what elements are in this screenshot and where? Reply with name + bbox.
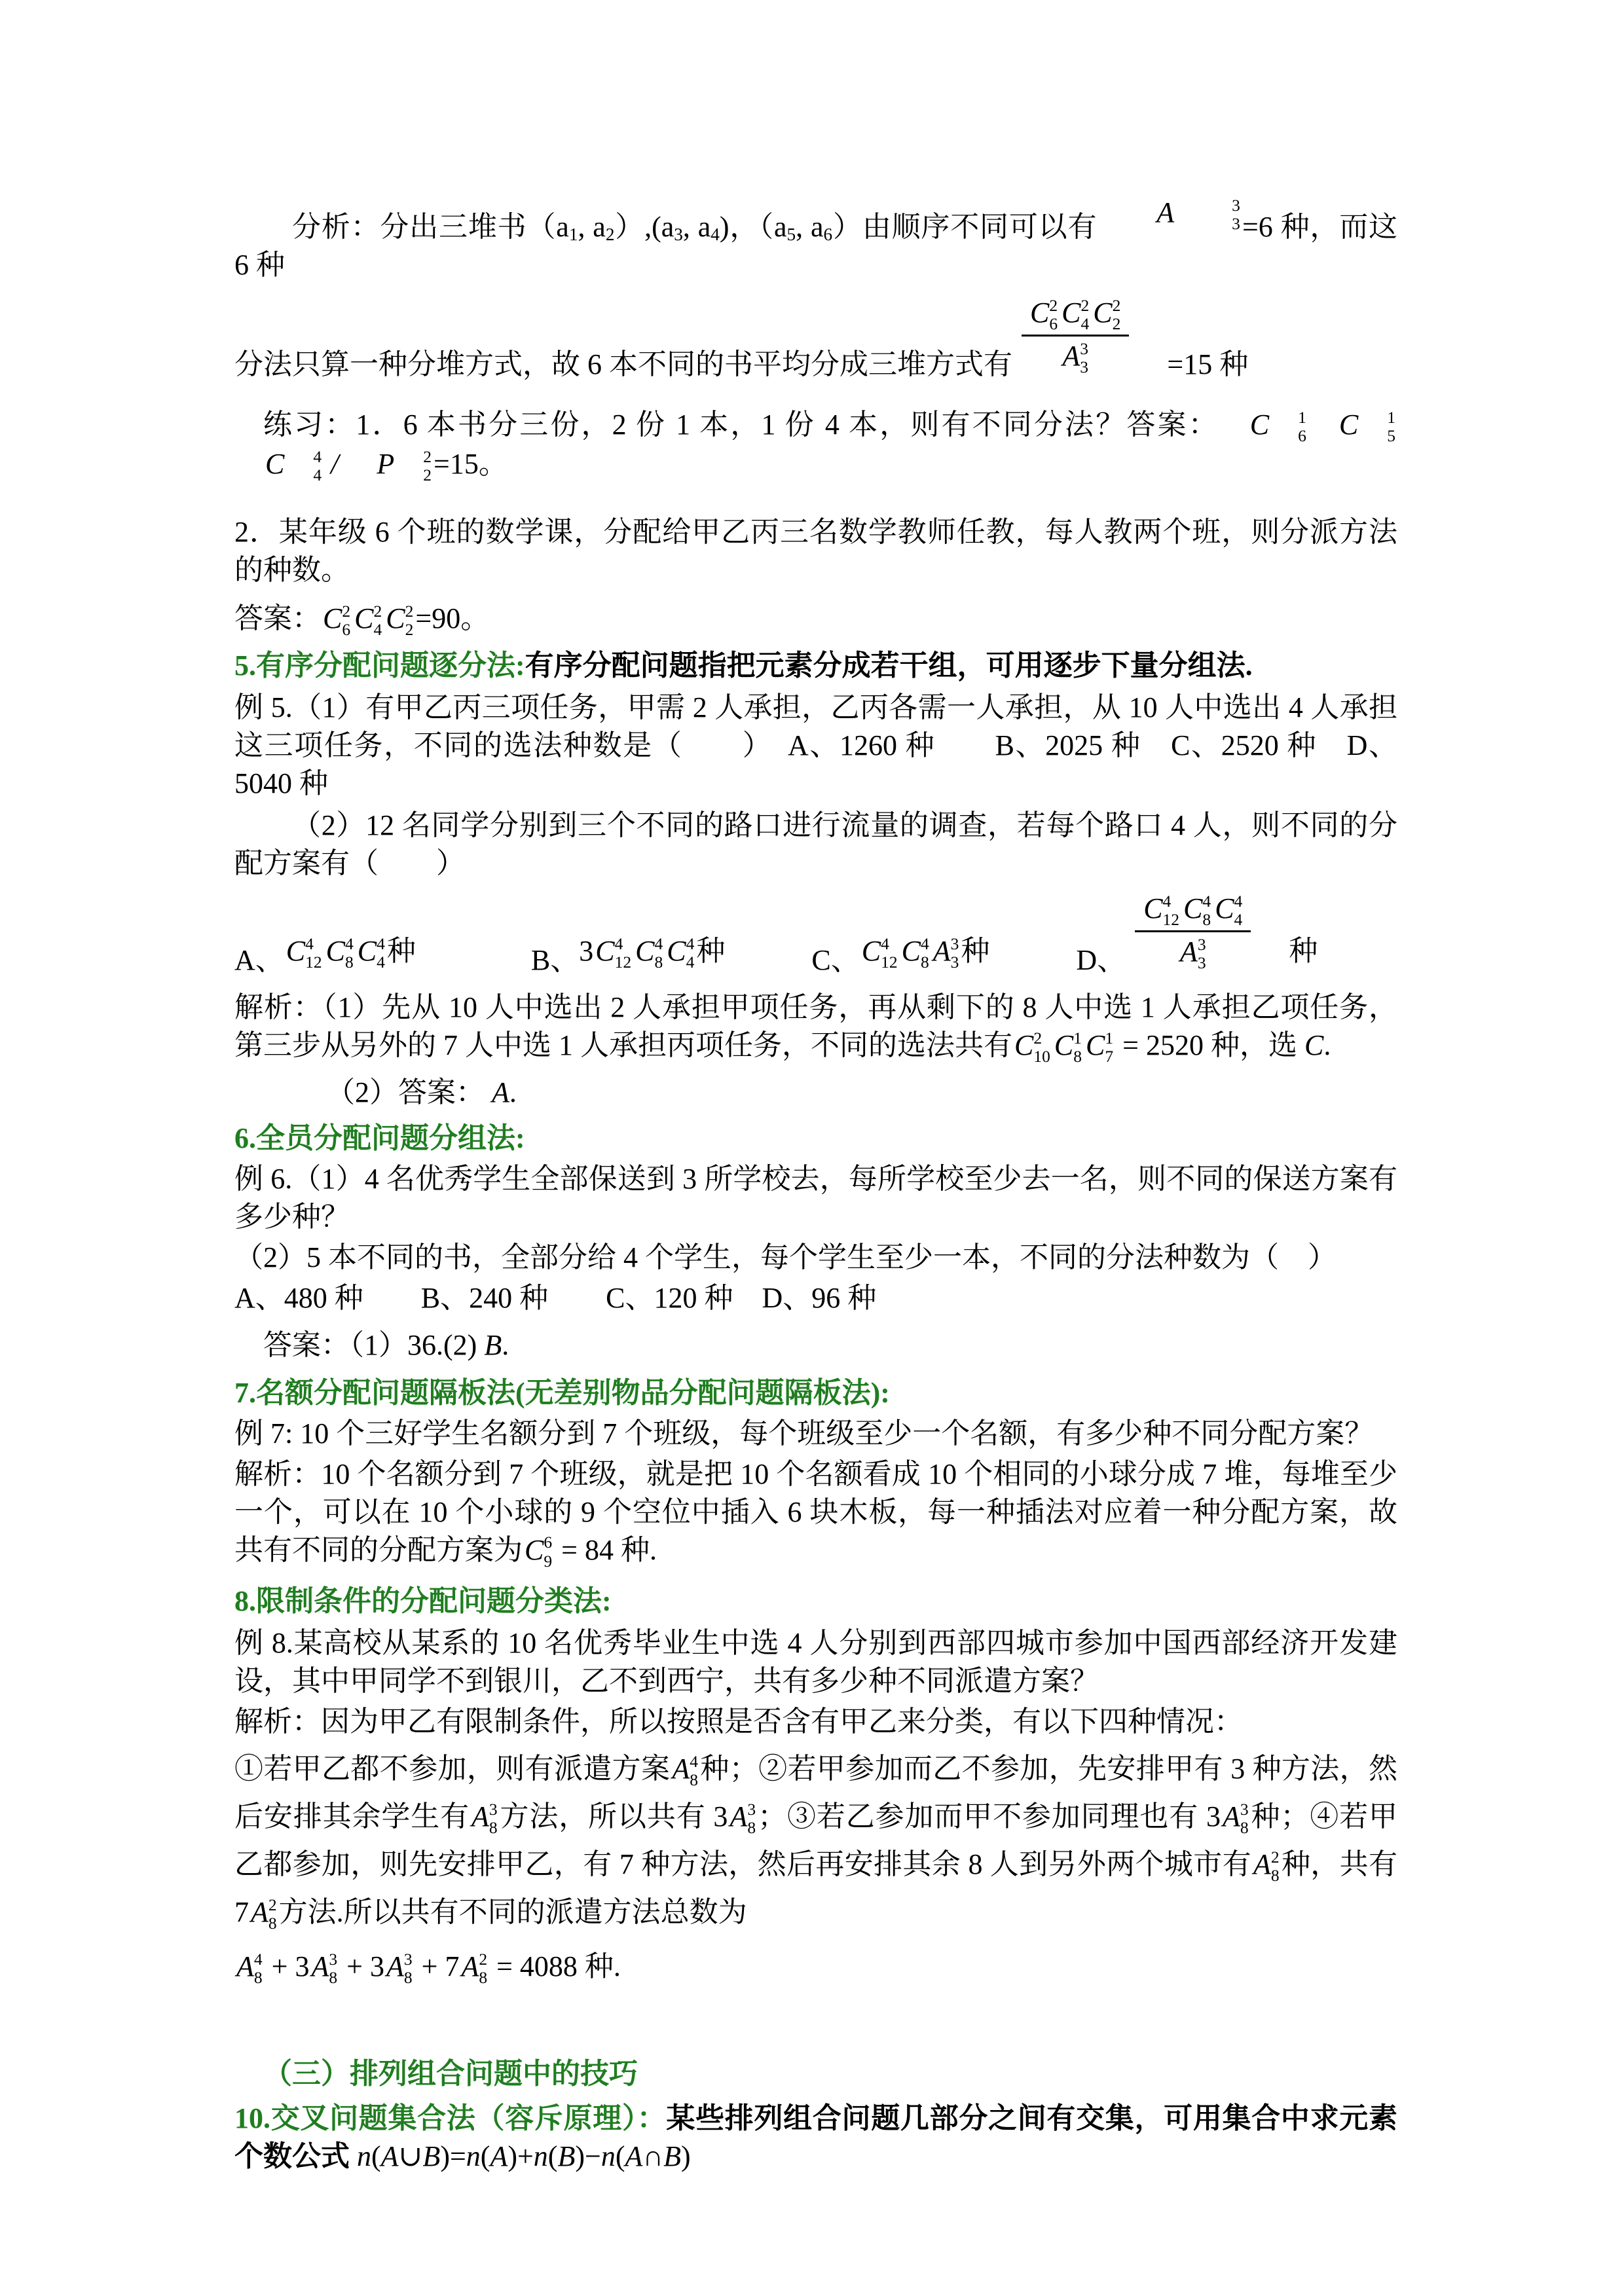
- heading-method-8-restricted-classification: 8.限制条件的分配问题分类法:: [234, 1582, 1397, 1620]
- para-example8-analysis-intro: 解析：因为甲乙有限制条件，所以按照是否含有甲乙来分类，有以下四种情况：: [234, 1703, 1397, 1741]
- para-method-10-inclusion-exclusion: 10.交叉问题集合法（容斥原理）：某些排列组合问题几部分之间有交集，可用集合中求…: [234, 2100, 1397, 2176]
- para-exercise-1: 练习：1．6 本书分三份，2 份 1 本，1 份 4 本，则有不同分法？答案：C…: [234, 406, 1397, 484]
- para-example5-q2-answer: （2）答案： A.: [234, 1074, 1397, 1112]
- para-example6-answer: 答案：（1）36.(2) B.: [234, 1326, 1397, 1364]
- para-example8-four-cases: ①若甲乙都不参加，则有派遣方案A48种；②若甲参加而乙不参加，先安排甲有 3 种…: [234, 1745, 1397, 1936]
- para-example8-total-formula: A48 + 3A38 + 3A38 + 7A28 = 4088 种.: [234, 1948, 1397, 1987]
- para-example5-analysis: 解析：（1）先从 10 人中选出 2 人承担甲项任务，再从剩下的 8 人中选 1…: [234, 989, 1397, 1066]
- para-example5-question1: 例 5.（1）有甲乙丙三项任务，甲需 2 人承担，乙丙各需一人承担，从 10 人…: [234, 689, 1397, 803]
- para-example5-q2-options: A、C412C48C44种 B、3C412C48C44种 C、C412C48A3…: [234, 889, 1397, 979]
- para-analysis-three-piles: 分析：分出三堆书（a1, a2）,(a3, a4)，（a5, a6）由顺序不同可…: [234, 194, 1397, 284]
- heading-method-5-ordered-distribution: 5.有序分配问题逐分法:有序分配问题指把元素分成若干组，可用逐步下量分组法.: [234, 647, 1397, 685]
- para-example6-question1: 例 6.（1）4 名优秀学生全部保送到 3 所学校去，每所学校至少去一名，则不同…: [234, 1160, 1397, 1236]
- heading-section-3-techniques: （三）排列组合问题中的技巧: [234, 2055, 1397, 2093]
- para-example8-question: 例 8.某高校从某系的 10 名优秀毕业生中选 4 人分别到西部四城市参加中国西…: [234, 1624, 1397, 1700]
- para-example6-options: A、480 种 B、240 种 C、120 种 D、96 种: [234, 1279, 1397, 1317]
- para-example6-question2: （2）5 本不同的书，全部分给 4 个学生，每个学生至少一本，不同的分法种数为（…: [234, 1239, 1397, 1277]
- para-exercise-2: 2．某年级 6 个班的数学课，分配给甲乙丙三名数学教师任教，每人教两个班，则分派…: [234, 513, 1397, 589]
- para-average-split-formula: 分法只算一种分堆方式，故 6 本不同的书平均分成三堆方式有C26C24C22A3…: [234, 293, 1397, 384]
- heading-method-6-full-distribution: 6.全员分配问题分组法:: [234, 1120, 1397, 1157]
- para-exercise-2-answer: 答案：C26C24C22=90。: [234, 600, 1397, 639]
- para-example7-analysis: 解析：10 个名额分到 7 个班级，就是把 10 个名额看成 10 个相同的小球…: [234, 1455, 1397, 1571]
- para-example5-question2: （2）12 名同学分别到三个不同的路口进行流量的调查，若每个路口 4 人，则不同…: [234, 807, 1397, 883]
- document-page: 分析：分出三堆书（a1, a2）,(a3, a4)，（a5, a6）由顺序不同可…: [0, 0, 1624, 2296]
- heading-method-7-partition-boards: 7.名额分配问题隔板法(无差别物品分配问题隔板法):: [234, 1374, 1397, 1412]
- para-example7-question: 例 7: 10 个三好学生名额分到 7 个班级，每个班级至少一个名额，有多少种不…: [234, 1415, 1397, 1453]
